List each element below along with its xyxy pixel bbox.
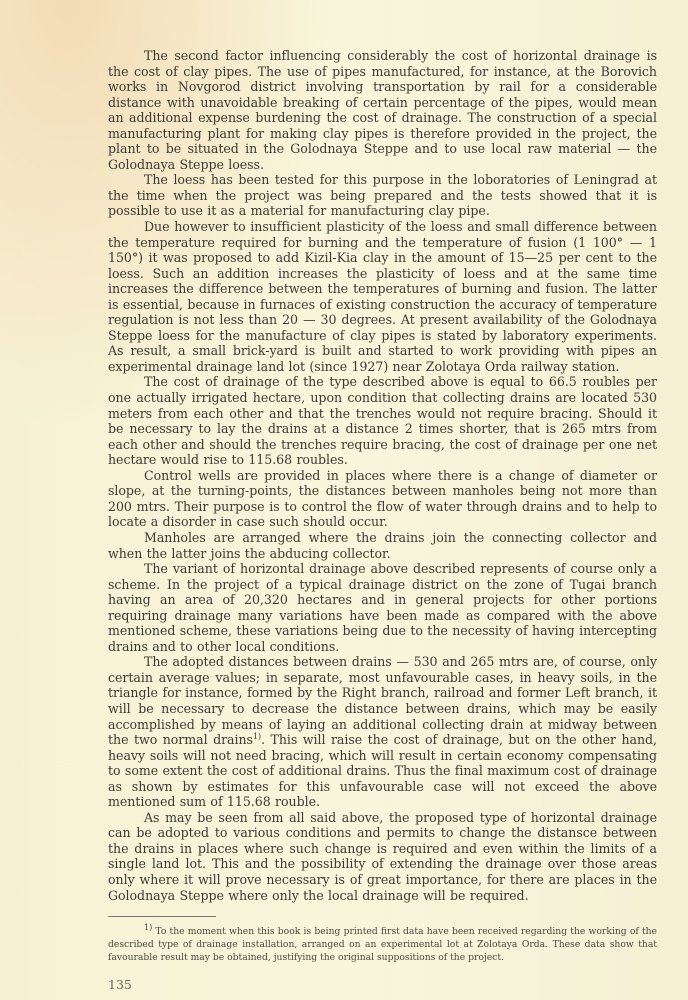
paragraph-control-wells: Control wells are provided in places whe… bbox=[108, 468, 657, 530]
page-body: The second factor influencing considerab… bbox=[108, 48, 657, 903]
footnote-reference[interactable]: 1) bbox=[253, 732, 261, 741]
page-number: 135 bbox=[108, 977, 132, 992]
paragraph-variant-scheme: The variant of horizontal drainage above… bbox=[108, 561, 657, 654]
footnote-text: To the moment when this book is being pr… bbox=[108, 926, 657, 963]
paragraph-conclusion: As may be seen from all said above, the … bbox=[108, 810, 657, 903]
paragraph-manholes: Manholes are arranged where the drains j… bbox=[108, 530, 657, 561]
paragraph-clay-pipes: The second factor influencing considerab… bbox=[108, 48, 657, 172]
paragraph-plasticity: Due however to insufficient plasticity o… bbox=[108, 219, 657, 374]
paragraph-adopted-distances: The adopted distances between drains — 5… bbox=[108, 654, 657, 809]
footnote: 1) To the moment when this book is being… bbox=[108, 925, 657, 964]
paragraph-drainage-cost: The cost of drainage of the type describ… bbox=[108, 374, 657, 467]
footnote-divider bbox=[108, 916, 216, 917]
paragraph-loess-tests: The loess has been tested for this purpo… bbox=[108, 172, 657, 219]
footnote-marker: 1) bbox=[144, 923, 152, 932]
